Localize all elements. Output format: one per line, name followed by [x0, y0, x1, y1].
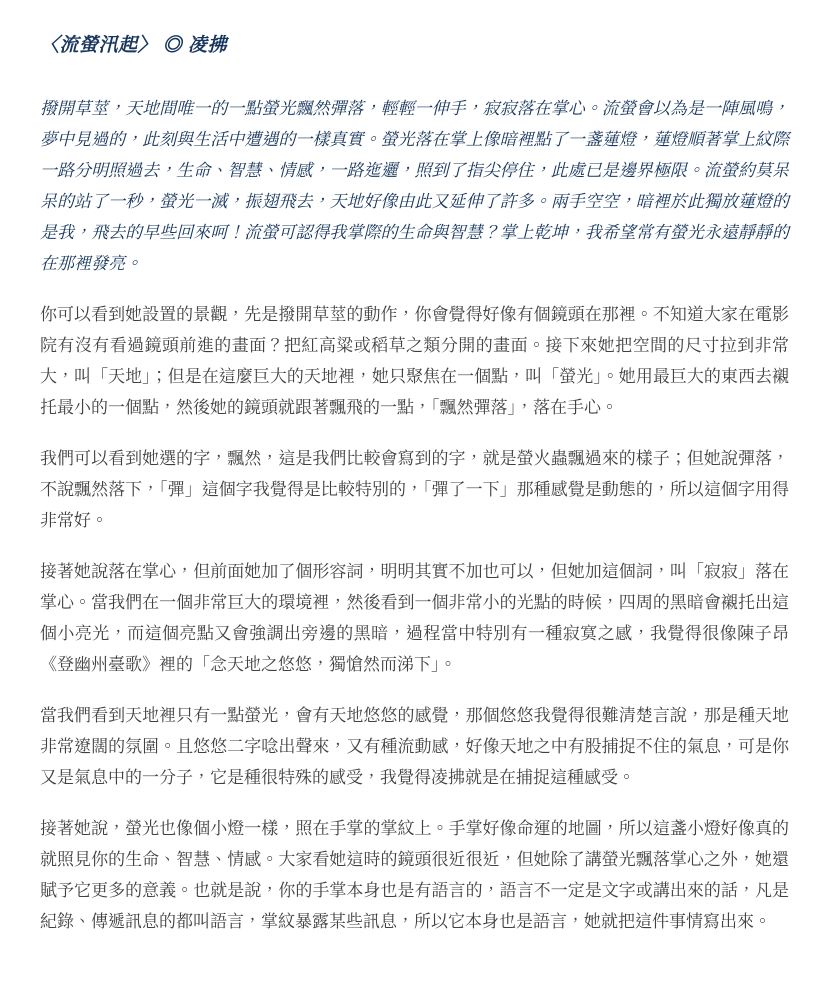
document-content: 〈流螢汛起〉 ◎ 凌拂 撥開草莖，天地間唯一的一點螢光飄然彈落，輕輕一伸手，寂寂… — [40, 34, 789, 937]
body-paragraph-1: 你可以看到她設置的景觀，先是撥開草莖的動作，你會覺得好像有個鏡頭在那裡。不知道大… — [40, 299, 789, 423]
body-paragraph-4: 當我們看到天地裡只有一點螢光，會有天地悠悠的感覺，那個悠悠我覺得很難清楚言說，那… — [40, 700, 789, 793]
quote-paragraph: 撥開草莖，天地間唯一的一點螢光飄然彈落，輕輕一伸手，寂寂落在掌心。流螢會以為是一… — [40, 93, 789, 279]
document-page: 〈流螢汛起〉 ◎ 凌拂 撥開草莖，天地間唯一的一點螢光飄然彈落，輕輕一伸手，寂寂… — [0, 0, 829, 992]
page-title: 〈流螢汛起〉 ◎ 凌拂 — [40, 34, 789, 58]
body-paragraph-2: 我們可以看到她選的字，飄然，這是我們比較會寫到的字，就是螢火蟲飄過來的樣子；但她… — [40, 443, 789, 536]
body-paragraph-5: 接著她說，螢光也像個小燈一樣，照在手掌的掌紋上。手掌好像命運的地圖，所以這盞小燈… — [40, 813, 789, 937]
body-paragraph-3: 接著她說落在掌心，但前面她加了個形容詞，明明其實不加也可以，但她加這個詞，叫「寂… — [40, 556, 789, 680]
